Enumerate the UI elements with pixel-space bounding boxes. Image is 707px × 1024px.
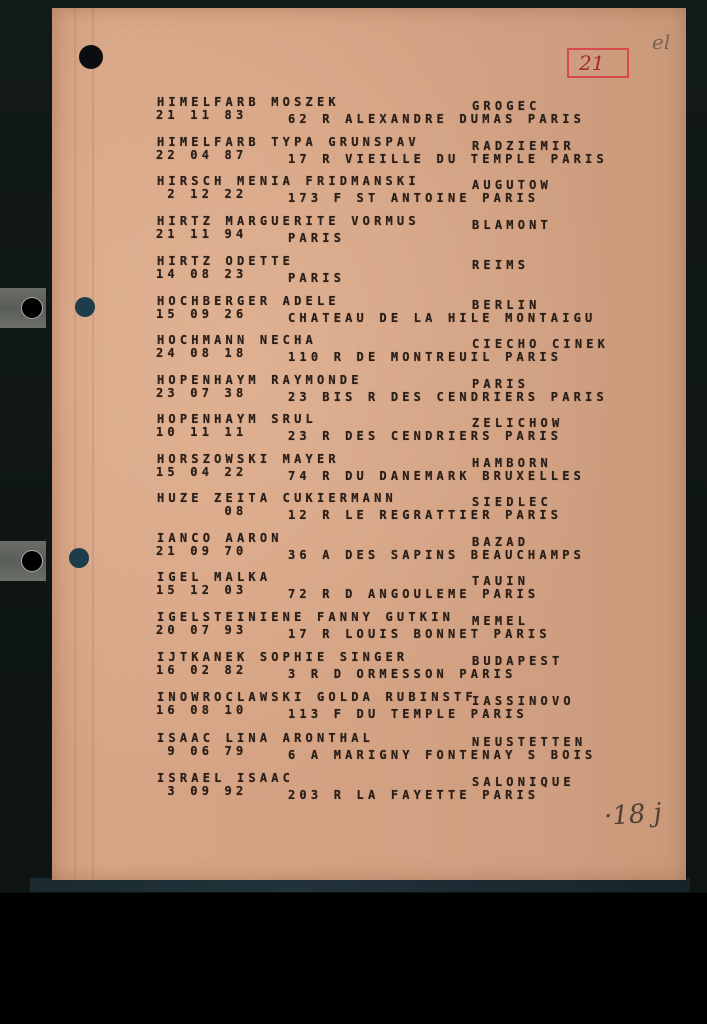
entry-birth-date: 22 04 87	[156, 148, 247, 162]
entry-address: 6 A MARIGNY FONTENAY S BOIS	[288, 748, 596, 762]
entry-origin: SALONIQUE	[472, 775, 575, 789]
entry-name: HIMELFARB MOSZEK	[157, 95, 340, 109]
entry-birth-date: 2 12 22	[156, 187, 247, 201]
entry-birth-date: 21 11 94	[156, 227, 247, 241]
entry-record: IGEL MALKATAUIN15 12 0372 R D ANGOULEME …	[0, 570, 707, 608]
entry-address: CHATEAU DE LA HILE MONTAIGU	[288, 311, 596, 325]
entry-origin: HAMBORN	[472, 456, 552, 470]
entry-birth-date: 21 09 70	[156, 544, 247, 558]
entry-origin: RADZIEMIR	[472, 139, 575, 153]
backing-edge	[30, 878, 690, 892]
entry-name: HOCHMANN NECHA	[157, 333, 317, 347]
entry-name: IGEL MALKA	[157, 570, 271, 584]
entry-name: HORSZOWSKI MAYER	[157, 452, 340, 466]
entry-birth-date: 15 09 26	[156, 307, 247, 321]
entry-name: HOPENHAYM SRUL	[157, 412, 317, 426]
entry-name: IANCO AARON	[157, 531, 283, 545]
entry-origin: ZELICHOW	[472, 416, 563, 430]
punch-hole	[79, 45, 103, 69]
entry-birth-date: 9 06 79	[156, 744, 247, 758]
entry-origin: CIECHO CINEK	[472, 337, 609, 351]
entry-record: IANCO AARONBAZAD21 09 7036 A DES SAPINS …	[0, 531, 707, 569]
entry-record: HOCHMANN NECHACIECHO CINEK24 08 18110 R …	[0, 333, 707, 371]
entry-record: HOCHBERGER ADELEBERLIN15 09 26CHATEAU DE…	[0, 294, 707, 332]
entry-origin: TAUIN	[472, 574, 529, 588]
entry-origin: GROGEC	[472, 99, 541, 113]
entry-name: ISRAEL ISAAC	[157, 771, 294, 785]
entry-birth-date: 15 12 03	[156, 583, 247, 597]
entry-name: IGELSTEINIENE FANNY GUTKIN	[157, 610, 454, 624]
entry-record: INOWROCLAWSKI GOLDA RUBINSTFIASSINOVO16 …	[0, 690, 707, 728]
entry-address: 23 R DES CENDRIERS PARIS	[288, 429, 562, 443]
entry-origin: MEMEL	[472, 614, 529, 628]
entry-birth-date: 14 08 23	[156, 267, 247, 281]
entry-address: 113 F DU TEMPLE PARIS	[288, 707, 528, 721]
entry-address: PARIS	[288, 231, 345, 245]
entry-address: 36 A DES SAPINS BEAUCHAMPS	[288, 548, 585, 562]
entry-record: HIRTZ ODETTEREIMS14 08 23PARIS	[0, 254, 707, 292]
entry-birth-date: 23 07 38	[156, 386, 247, 400]
entry-birth-date: 10 11 11	[156, 425, 247, 439]
entry-address: 203 R LA FAYETTE PARIS	[288, 788, 539, 802]
entry-name: HUZE ZEITA CUKIERMANN	[157, 491, 397, 505]
entry-birth-date: 15 04 22	[156, 465, 247, 479]
entry-address: 110 R DE MONTREUIL PARIS	[288, 350, 562, 364]
entry-address: 17 R LOUIS BONNET PARIS	[288, 627, 551, 641]
entry-name: HIRSCH MENIA FRIDMANSKI	[157, 174, 420, 188]
entry-origin: IASSINOVO	[472, 694, 575, 708]
entry-record: IJTKANEK SOPHIE SINGERBUDAPEST16 02 823 …	[0, 650, 707, 688]
entry-origin: BAZAD	[472, 535, 529, 549]
entry-birth-date: 3 09 92	[156, 784, 247, 798]
entry-address: PARIS	[288, 271, 345, 285]
entry-record: HIRTZ MARGUERITE VORMUSBLAMONT21 11 94PA…	[0, 214, 707, 252]
entry-address: 17 R VIEILLE DU TEMPLE PARIS	[288, 152, 608, 166]
entry-birth-date: 20 07 93	[156, 623, 247, 637]
entry-address: 23 BIS R DES CENDRIERS PARIS	[288, 390, 608, 404]
entry-record: HIMELFARB MOSZEKGROGEC21 11 8362 R ALEXA…	[0, 95, 707, 133]
entry-record: HOPENHAYM RAYMONDEPARIS23 07 3823 BIS R …	[0, 373, 707, 411]
page-number-stamp: 21	[567, 48, 629, 78]
entry-name: IJTKANEK SOPHIE SINGER	[157, 650, 408, 664]
entry-birth-date: 21 11 83	[156, 108, 247, 122]
entry-origin: BERLIN	[472, 298, 541, 312]
entry-record: IGELSTEINIENE FANNY GUTKINMEMEL20 07 931…	[0, 610, 707, 648]
entry-record: HIRSCH MENIA FRIDMANSKIAUGUTOW 2 12 2217…	[0, 174, 707, 212]
entry-name: INOWROCLAWSKI GOLDA RUBINSTF	[157, 690, 477, 704]
entry-record: ISRAEL ISAACSALONIQUE 3 09 92203 R LA FA…	[0, 771, 707, 809]
entry-origin: NEUSTETTEN	[472, 735, 586, 749]
entry-record: HUZE ZEITA CUKIERMANNSIEDLEC 0812 R LE R…	[0, 491, 707, 529]
entry-record: HOPENHAYM SRULZELICHOW10 11 1123 R DES C…	[0, 412, 707, 450]
entry-origin: AUGUTOW	[472, 178, 552, 192]
entry-address: 3 R D ORMESSON PARIS	[288, 667, 517, 681]
entry-birth-date: 16 02 82	[156, 663, 247, 677]
entry-name: HIMELFARB TYPA GRUNSPAV	[157, 135, 420, 149]
entry-address: 72 R D ANGOULEME PARIS	[288, 587, 539, 601]
entry-address: 74 R DU DANEMARK BRUXELLES	[288, 469, 585, 483]
entry-origin: REIMS	[472, 258, 529, 272]
entry-origin: BUDAPEST	[472, 654, 563, 668]
entry-name: HOCHBERGER ADELE	[157, 294, 340, 308]
entry-name: HIRTZ ODETTE	[157, 254, 294, 268]
entry-name: ISAAC LINA ARONTHAL	[157, 731, 374, 745]
entry-birth-date: 08	[156, 504, 247, 518]
entry-name: HOPENHAYM RAYMONDE	[157, 373, 363, 387]
entry-origin: SIEDLEC	[472, 495, 552, 509]
entry-birth-date: 24 08 18	[156, 346, 247, 360]
entry-record: HIMELFARB TYPA GRUNSPAVRADZIEMIR22 04 87…	[0, 135, 707, 173]
entry-origin: PARIS	[472, 377, 529, 391]
entry-record: ISAAC LINA ARONTHALNEUSTETTEN 9 06 796 A…	[0, 731, 707, 769]
entry-birth-date: 16 08 10	[156, 703, 247, 717]
pencil-annotation-top: el	[652, 30, 670, 54]
entry-origin: BLAMONT	[472, 218, 552, 232]
entry-address: 12 R LE REGRATTIER PARIS	[288, 508, 562, 522]
entry-name: HIRTZ MARGUERITE VORMUS	[157, 214, 420, 228]
entry-record: HORSZOWSKI MAYERHAMBORN15 04 2274 R DU D…	[0, 452, 707, 490]
entry-address: 173 F ST ANTOINE PARIS	[288, 191, 539, 205]
entry-address: 62 R ALEXANDRE DUMAS PARIS	[288, 112, 585, 126]
